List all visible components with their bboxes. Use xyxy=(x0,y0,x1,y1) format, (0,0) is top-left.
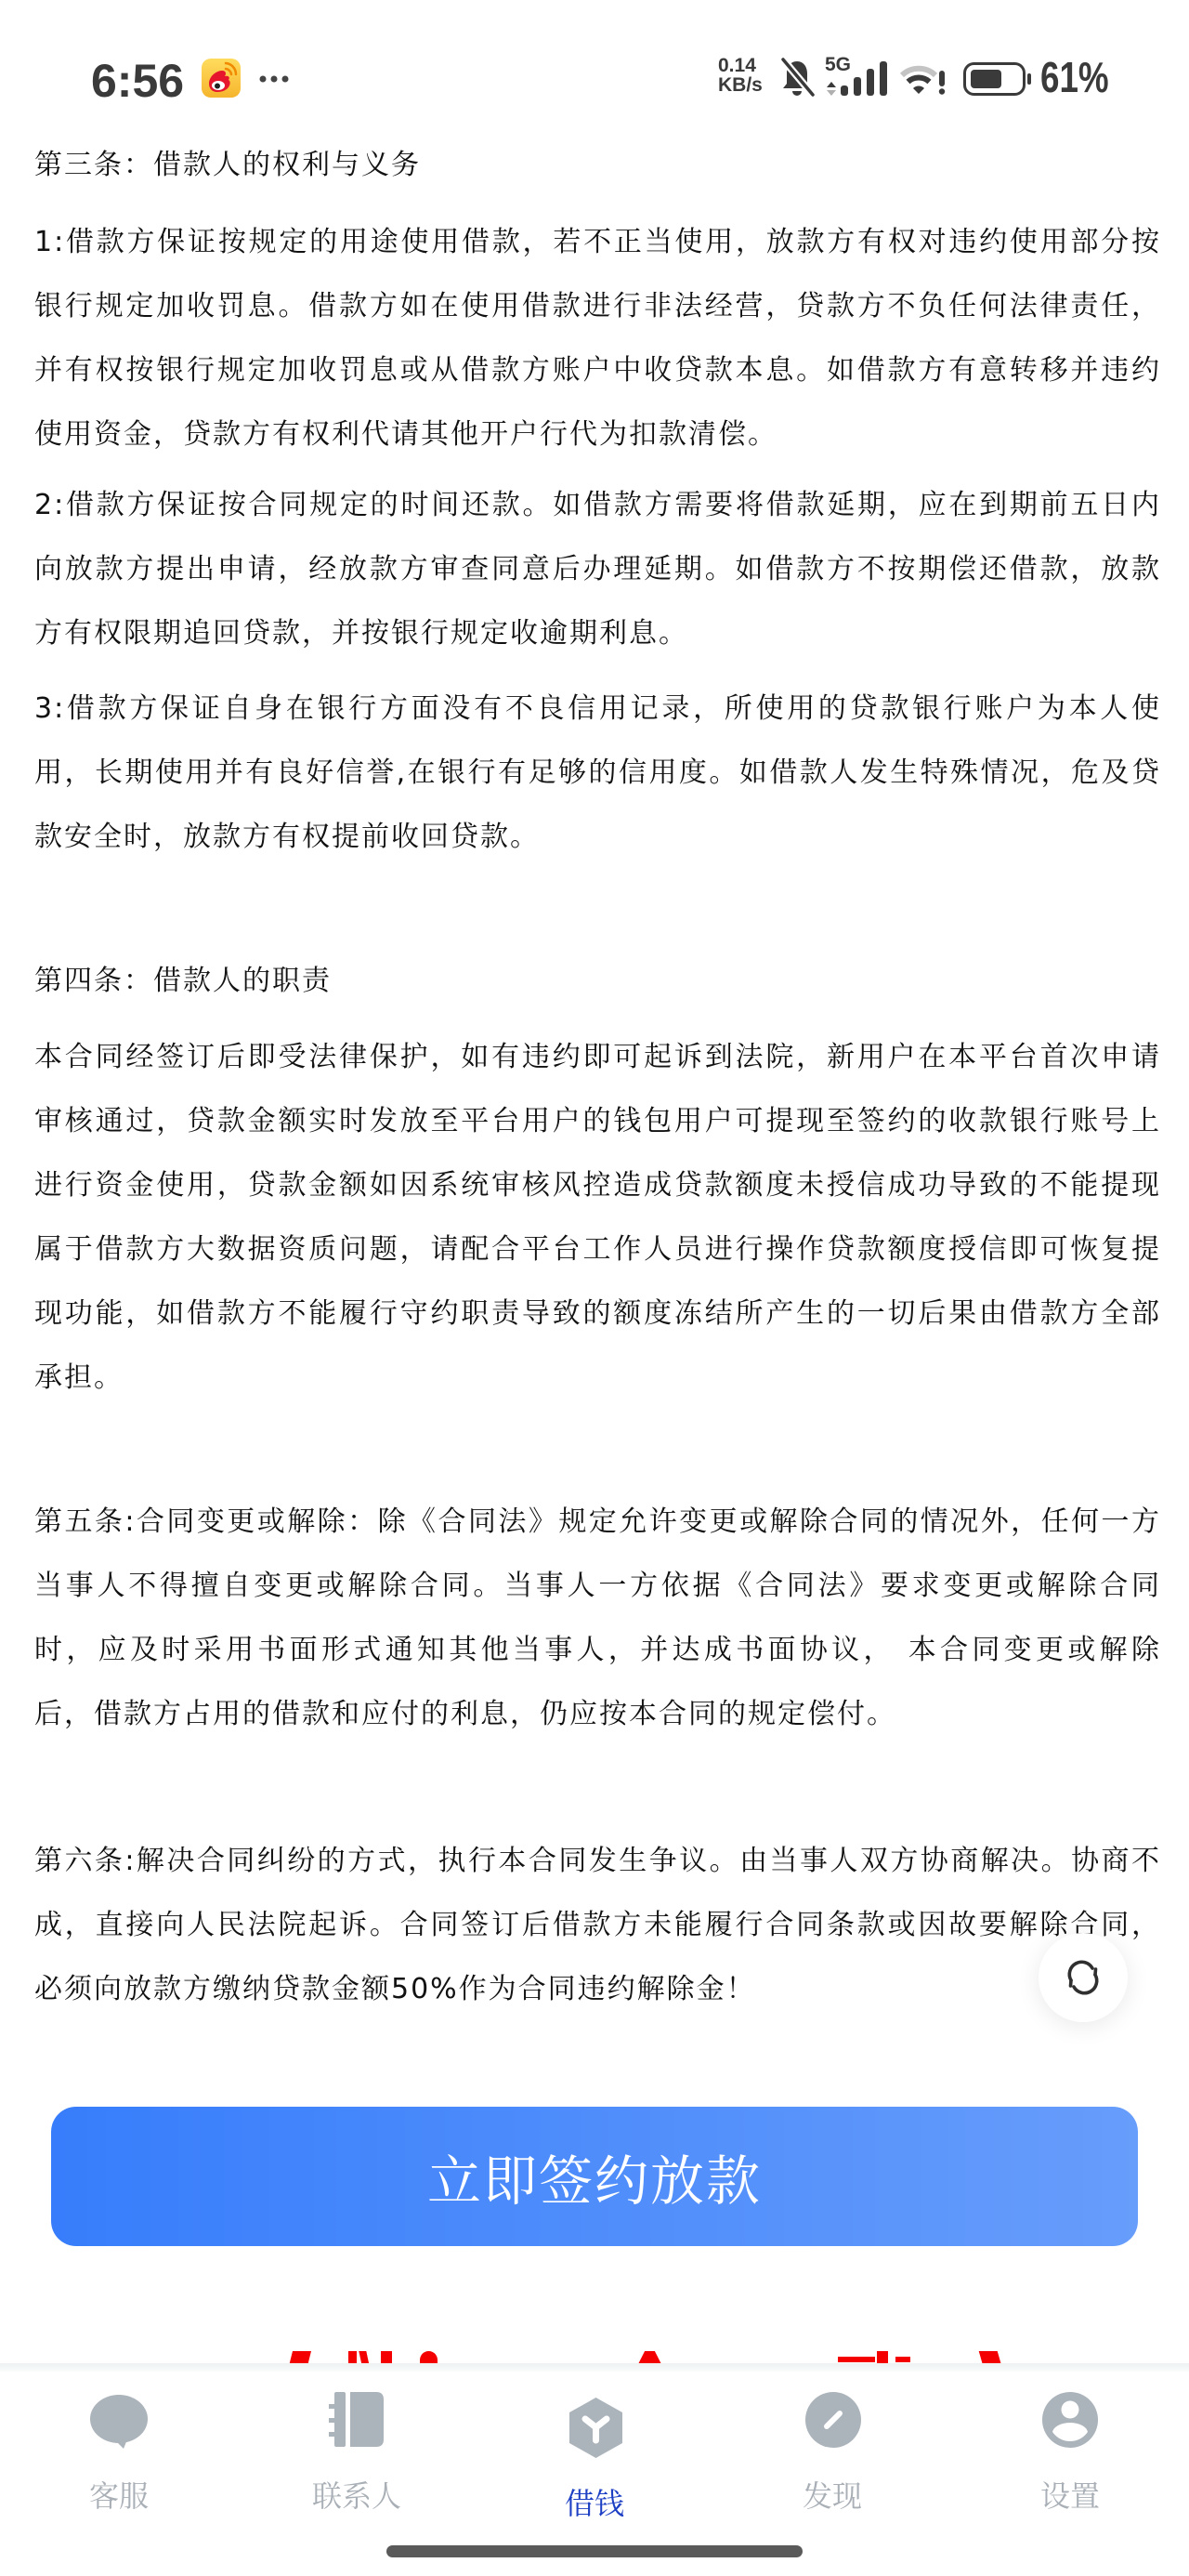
net-speed-unit: KB/s xyxy=(718,75,763,95)
signal-bars-icon xyxy=(841,61,887,96)
clause-line: 当事人不得擅自变更或解除合同。当事人一方依据《合同法》要求变更或解除合同 xyxy=(34,1554,1161,1618)
net-speed-value: 0.14 xyxy=(718,56,763,75)
battery-icon xyxy=(963,62,1032,96)
tab-discover[interactable]: 发现 xyxy=(713,2363,951,2540)
section-heading-article-4: 第四条：借款人的职责 xyxy=(34,949,1161,1013)
clause-line: 3:借款方保证自身在银行方面没有不良信用记录，所使用的贷款银行账户为本人使 xyxy=(34,677,1161,741)
clause-paragraph-2: 2:借款方保证按合同规定的时间还款。如借款方需要将借款延期，应在到期前五日内 向… xyxy=(34,473,1161,665)
wifi-no-internet-icon xyxy=(900,61,947,96)
clause-line: 第五条:合同变更或解除：除《合同法》规定允许变更或解除合同的情况外，任何一方 xyxy=(34,1490,1161,1554)
tab-label: 设置 xyxy=(951,2477,1189,2515)
tab-contacts[interactable]: 联系人 xyxy=(238,2363,476,2540)
tab-label: 借钱 xyxy=(476,2485,713,2522)
profile-icon xyxy=(1042,2392,1098,2448)
weibo-icon xyxy=(202,59,241,98)
clause-line: 方有权限期追回贷款，并按银行规定收逾期利息。 xyxy=(34,601,1161,665)
clause-paragraph-4: 本合同经签订后即受法律保护，如有违约即可起诉到法院，新用户在本平台首次申请 审核… xyxy=(34,1025,1161,1410)
red-text-fragment xyxy=(838,2357,875,2362)
refresh-button[interactable] xyxy=(1039,1933,1128,2022)
status-time: 6:56 xyxy=(91,58,184,104)
refresh-icon xyxy=(1063,1957,1104,1998)
clause-line: 属于借款方大数据资质问题，请配合平台工作人员进行操作贷款额度授信即可恢复提 xyxy=(34,1217,1161,1281)
clause-line: 并有权按银行规定加收罚息或从借款方账户中收贷款本息。如借款方有意转移并违约 xyxy=(34,338,1161,402)
clause-line: 承担。 xyxy=(34,1346,1161,1410)
clause-paragraph-3: 3:借款方保证自身在银行方面没有不良信用记录，所使用的贷款银行账户为本人使 用，… xyxy=(34,677,1161,869)
clause-article-6: 第六条:解决合同纠纷的方式，执行本合同发生争议。由当事人双方协商解决。协商不 成… xyxy=(34,1829,1161,2021)
clause-line: 后，借款方占用的借款和应付的利息，仍应按本合同的规定偿付。 xyxy=(34,1682,1161,1746)
clause-line: 1:借款方保证按规定的用途使用借款，若不正当使用，放款方有权对违约使用部分按 xyxy=(34,210,1161,274)
clause-line: 第六条:解决合同纠纷的方式，执行本合同发生争议。由当事人双方协商解决。协商不 xyxy=(34,1829,1161,1893)
section-heading-article-3: 第三条：借款人的权利与义务 xyxy=(34,133,1161,197)
contacts-book-icon xyxy=(329,2392,384,2447)
clause-line: 必须向放款方缴纳贷款金额50%作为合同违约解除金！ xyxy=(34,1957,1161,2021)
red-text-fragment xyxy=(895,2357,910,2362)
clause-line: 现功能，如借款方不能履行守约职责导致的额度冻结所产生的一切后果由借款方全部 xyxy=(34,1281,1161,1346)
tab-settings[interactable]: 设置 xyxy=(951,2363,1189,2540)
bottom-tab-bar: 客服 联系人 借钱 发现 xyxy=(0,2363,1189,2576)
section-heading: 第三条：借款人的权利与义务 xyxy=(34,133,1161,197)
clause-line: 时，应及时采用书面形式通知其他当事人，并达成书面协议， 本合同变更或解除 xyxy=(34,1618,1161,1682)
battery-percent: 61% xyxy=(1040,56,1109,99)
tab-customer-service[interactable]: 客服 xyxy=(0,2363,238,2540)
clause-line: 向放款方提出申请，经放款方审查同意后办理延期。如借款方不按期偿还借款，放款 xyxy=(34,537,1161,601)
sign-button-label: 立即签约放款 xyxy=(427,2137,762,2215)
clause-line: 进行资金使用，贷款金额如因系统审核风控造成贷款额度未授信成功导致的不能提现 xyxy=(34,1153,1161,1217)
bell-muted-icon xyxy=(778,57,816,98)
tab-label: 联系人 xyxy=(238,2477,476,2515)
tab-label: 客服 xyxy=(0,2477,238,2515)
tab-label: 发现 xyxy=(713,2477,951,2515)
sign-and-disburse-button[interactable]: 立即签约放款 xyxy=(51,2107,1138,2246)
net-speed: 0.14 KB/s xyxy=(718,56,763,95)
clause-line: 银行规定加收罚息。借款方如在使用借款进行非法经营，贷款方不负任何法律责任， xyxy=(34,274,1161,338)
clause-line: 审核通过，贷款金额实时发放至平台用户的钱包用户可提现至签约的收款银行账号上 xyxy=(34,1089,1161,1153)
clause-paragraph-1: 1:借款方保证按规定的用途使用借款，若不正当使用，放款方有权对违约使用部分按 银… xyxy=(34,210,1161,467)
clause-line: 2:借款方保证按合同规定的时间还款。如借款方需要将借款延期，应在到期前五日内 xyxy=(34,473,1161,537)
clause-line: 使用资金，贷款方有权利代请其他开户行代为扣款清偿。 xyxy=(34,402,1161,467)
phone-screen: 6:56 0.14 KB/s 5G xyxy=(0,0,1189,2576)
clause-line: 本合同经签订后即受法律保护，如有违约即可起诉到法院，新用户在本平台首次申请 xyxy=(34,1025,1161,1089)
section-heading: 第四条：借款人的职责 xyxy=(34,949,1161,1013)
hexagon-y-icon xyxy=(569,2398,622,2458)
more-notifications-icon xyxy=(259,74,291,84)
clause-line: 用，长期使用并有良好信誉,在银行有足够的信用度。如借款人发生特殊情况，危及贷 xyxy=(34,741,1161,805)
compass-icon xyxy=(805,2392,861,2448)
data-activity-arrows-icon xyxy=(827,82,836,97)
clause-line: 成，直接向人民法院起诉。合同签订后借款方未能履行合同条款或因故要解除合同， xyxy=(34,1893,1161,1957)
clause-line: 款安全时，放款方有权提前收回贷款。 xyxy=(34,805,1161,869)
chat-bubble-icon xyxy=(90,2395,148,2449)
contract-scroll-area[interactable]: 第三条：借款人的权利与义务 1:借款方保证按规定的用途使用借款，若不正当使用，放… xyxy=(0,121,1189,2091)
clause-article-5: 第五条:合同变更或解除：除《合同法》规定允许变更或解除合同的情况外，任何一方 当… xyxy=(34,1490,1161,1746)
tab-borrow[interactable]: 借钱 xyxy=(476,2363,713,2540)
home-indicator[interactable] xyxy=(386,2545,803,2557)
